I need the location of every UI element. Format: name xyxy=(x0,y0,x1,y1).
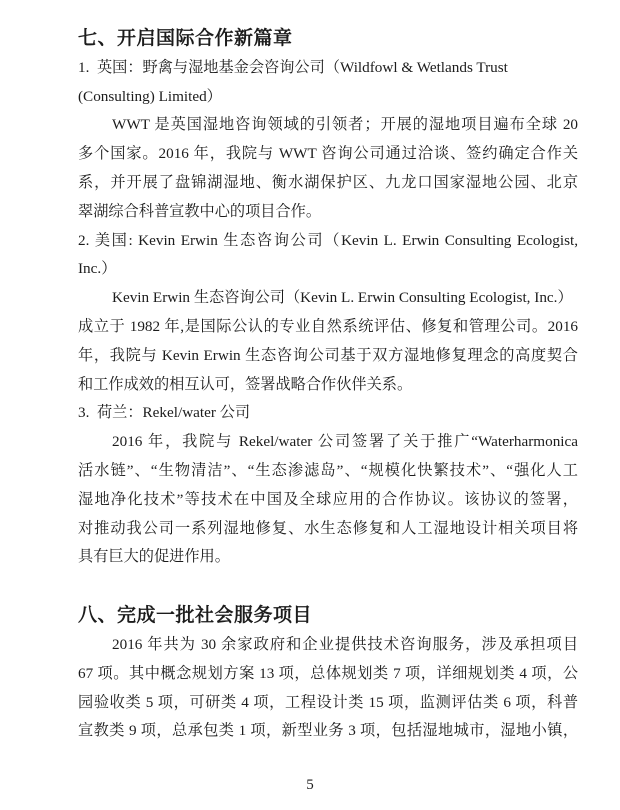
text-line: 2016 年共为 30 余家政府和企业提供技术咨询服务，涉及承担项目 xyxy=(78,632,578,658)
text-line: 2. 美国: Kevin Erwin 生态咨询公司（Kevin L. Erwin… xyxy=(78,228,578,254)
text-line: 园验收类 5 项，可研类 4 项，工程设计类 15 项，监测评估类 6 项，科普 xyxy=(78,690,578,716)
text-line: (Consulting) Limited） xyxy=(78,84,578,110)
text-line: WWT 是英国湿地咨询领域的引领者；开展的湿地项目遍布全球 20 xyxy=(78,112,578,138)
text-line: 系，并开展了盘锦湖湿地、衡水湖保护区、九龙口国家湿地公园、北京 xyxy=(78,170,578,196)
text-line: 具有巨大的促进作用。 xyxy=(78,544,578,570)
text-line: 对推动我公司一系列湿地修复、水生态修复和人工湿地设计相关项目将 xyxy=(78,516,578,542)
text-line: 和工作成效的相互认可，签署战略合作伙伴关系。 xyxy=(78,372,578,398)
section-heading: 八、完成一批社会服务项目 xyxy=(78,603,578,629)
text-line: 年，我院与 Kevin Erwin 生态咨询公司基于双方湿地修复理念的高度契合 xyxy=(78,343,578,369)
text-line: 活水链”、“生物清洁”、“生态渗滤岛”、“规模化快繁技术”、“强化人工 xyxy=(78,458,578,484)
text-line: 宣教类 9 项，总承包类 1 项，新型业务 3 项，包括湿地城市，湿地小镇， xyxy=(78,718,578,744)
text-line: 成立于 1982 年,是国际公认的专业自然系统评估、修复和管理公司。2016 xyxy=(78,314,578,340)
text-line: 2016 年，我院与 Rekel/water 公司签署了关于推广“Waterha… xyxy=(78,429,578,455)
text-line: 多个国家。2016 年，我院与 WWT 咨询公司通过洽谈、签约确定合作关 xyxy=(78,141,578,167)
text-line: Inc.） xyxy=(78,256,578,282)
page-footer: 5 xyxy=(0,777,620,794)
page-number: 5 xyxy=(306,777,314,793)
text-line: 1. 英国：野禽与湿地基金会咨询公司（Wildfowl & Wetlands T… xyxy=(78,55,578,81)
text-line: 3. 荷兰：Rekel/water 公司 xyxy=(78,400,578,426)
text-line: 67 项。其中概念规划方案 13 项，总体规划类 7 项，详细规划类 4 项，公 xyxy=(78,661,578,687)
text-line: 翠湖综合科普宣教中心的项目合作。 xyxy=(78,199,578,225)
text-line: 湿地净化技术”等技术在中国及全球应用的合作协议。该协议的签署， xyxy=(78,487,578,513)
text-line: Kevin Erwin 生态咨询公司（Kevin L. Erwin Consul… xyxy=(78,285,578,311)
document-page: 七、开启国际合作新篇章1. 英国：野禽与湿地基金会咨询公司（Wildfowl &… xyxy=(0,0,620,810)
section-heading: 七、开启国际合作新篇章 xyxy=(78,26,578,52)
